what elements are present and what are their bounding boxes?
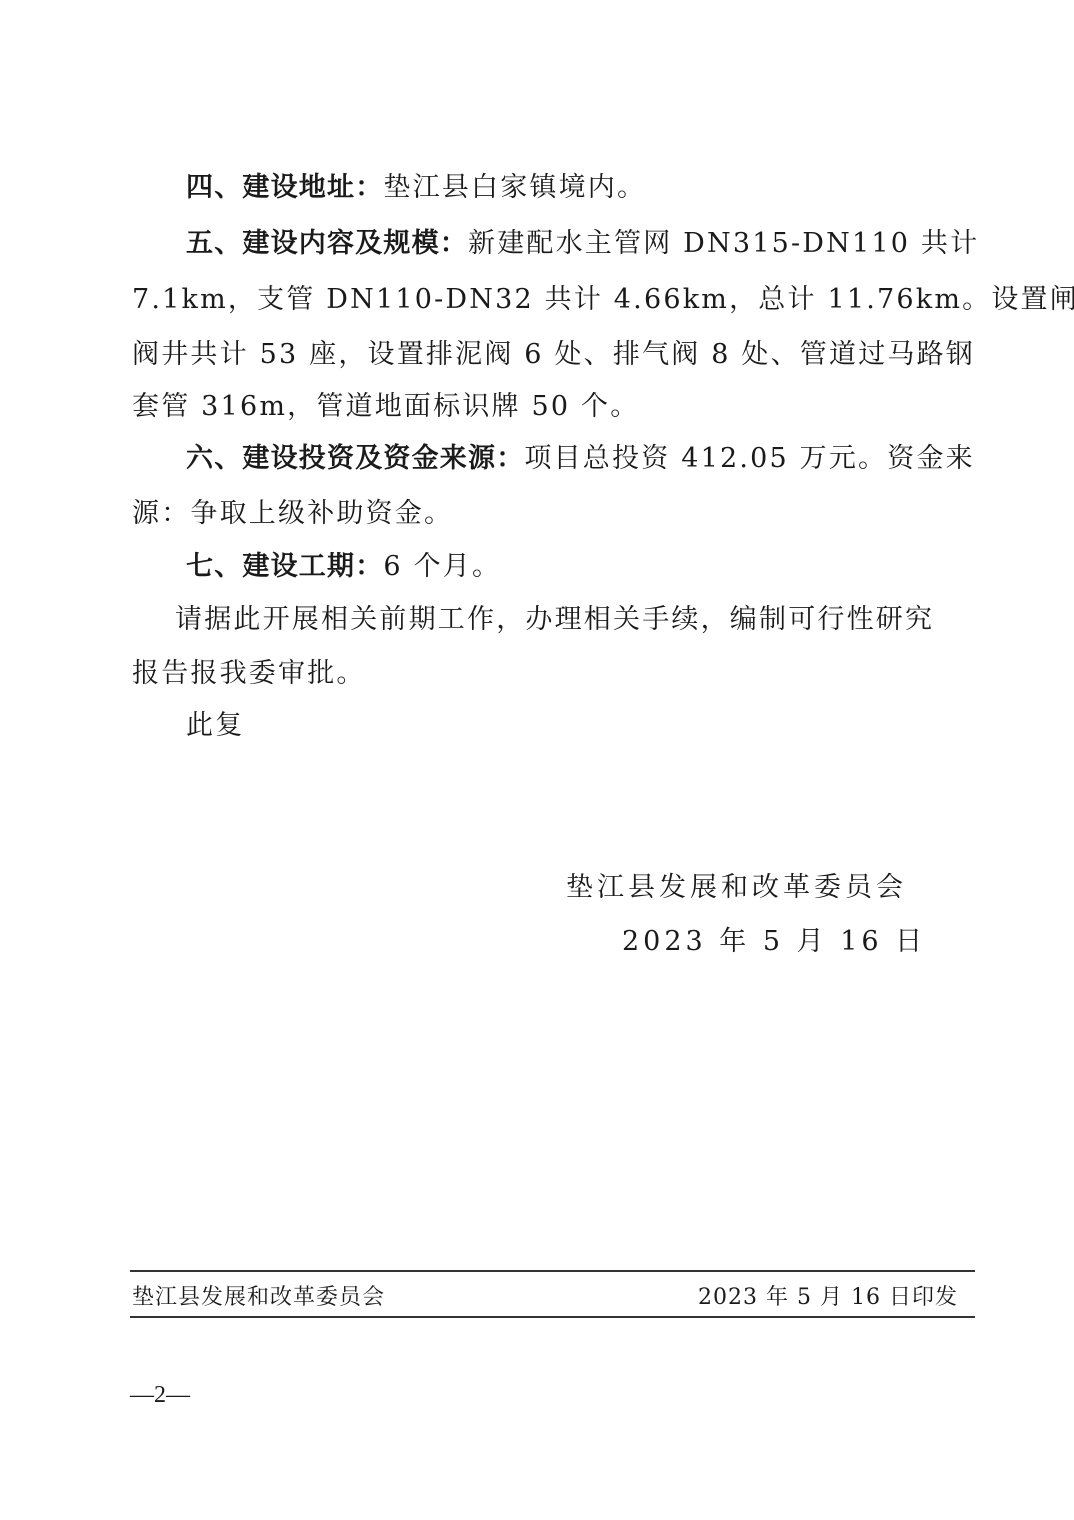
section-seven: 七、建设工期：6 个月。 <box>186 549 501 585</box>
section-six-line1: 项目总投资 412.05 万元。资金来 <box>524 443 974 474</box>
section-four-heading: 四、建设地址： <box>186 172 383 203</box>
page-number: —2— <box>130 1380 190 1410</box>
footer-issued-date: 2023 年 5 月 16 日印发 <box>698 1283 958 1313</box>
section-five-heading: 五、建设内容及规模： <box>186 228 468 259</box>
closing-reply: 此复 <box>186 708 244 744</box>
section-six-line2: 源：争取上级补助资金。 <box>132 496 453 532</box>
footer-issuer: 垫江县发展和改革委员会 <box>132 1283 385 1313</box>
section-six: 六、建设投资及资金来源：项目总投资 412.05 万元。资金来 <box>186 441 975 477</box>
closing-line1: 请据此开展相关前期工作，办理相关手续，编制可行性研究 <box>175 602 934 638</box>
footer-bottom-rule <box>130 1316 975 1318</box>
footer-top-rule <box>130 1270 975 1272</box>
section-six-heading: 六、建设投资及资金来源： <box>186 443 524 474</box>
section-five-line4: 套管 316m，管道地面标识牌 50 个。 <box>132 389 639 425</box>
section-seven-heading: 七、建设工期： <box>186 551 383 582</box>
section-four-text: 垫江县白家镇境内。 <box>383 172 646 203</box>
section-five: 五、建设内容及规模：新建配水主管网 DN315-DN110 共计 <box>186 226 979 262</box>
section-seven-text: 6 个月。 <box>383 551 501 582</box>
section-five-line3: 阀井共计 53 座，设置排泥阀 6 处、排气阀 8 处、管道过马路钢 <box>132 337 975 373</box>
section-five-line1: 新建配水主管网 DN315-DN110 共计 <box>468 228 979 259</box>
section-four: 四、建设地址：垫江县白家镇境内。 <box>186 170 646 206</box>
closing-line2: 报告报我委审批。 <box>132 656 366 692</box>
signature-org: 垫江县发展和改革委员会 <box>566 870 907 906</box>
signature-date: 2023 年 5 月 16 日 <box>622 924 926 960</box>
section-five-line2: 7.1km，支管 DN110-DN32 共计 4.66km，总计 11.76km… <box>132 282 1074 318</box>
